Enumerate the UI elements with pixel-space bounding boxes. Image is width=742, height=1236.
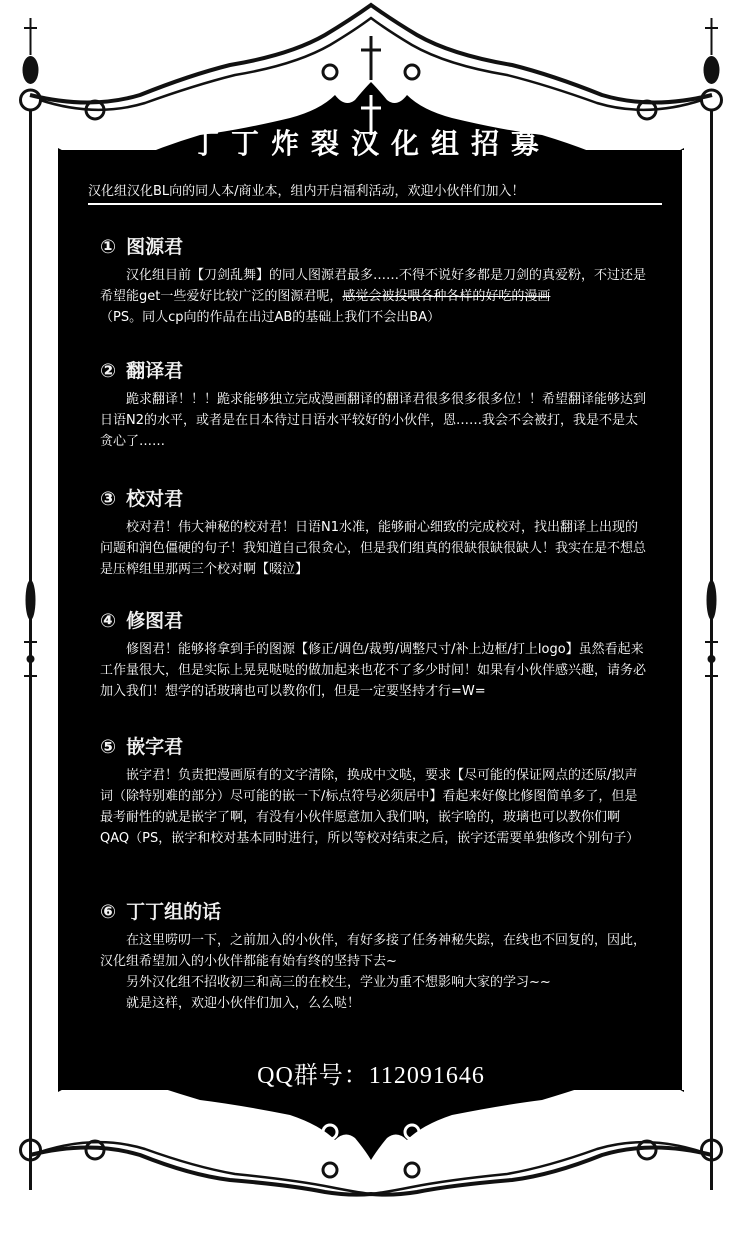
section-heading: ⑥丁丁组的话 bbox=[100, 897, 648, 924]
qq-number: 112091646 bbox=[369, 1063, 485, 1089]
section-heading: ④修图君 bbox=[100, 606, 648, 633]
section-heading: ①图源君 bbox=[100, 232, 648, 259]
qq-group-number: QQ群号：112091646 bbox=[0, 1055, 742, 1090]
section-translator: ②翻译君 跪求翻译！！！跪求能够独立完成漫画翻译的翻译君很多很多很多位！！希望翻… bbox=[100, 356, 648, 452]
section-heading: ③校对君 bbox=[100, 484, 648, 511]
section-typesetter: ⑤嵌字君 嵌字君！负责把漫画原有的文字清除，换成中文哒，要求【尽可能的保证网点的… bbox=[100, 732, 648, 849]
section-note: （PS。同人cp向的作品在出过AB的基础上我们不会出BA） bbox=[100, 307, 648, 328]
section-body: 在这里唠叨一下，之前加入的小伙伴，有好多接了任务神秘失踪，在线也不回复的，因此，… bbox=[100, 930, 648, 972]
section-proofreader: ③校对君 校对君！伟大神秘的校对君！日语N1水准，能够耐心细致的完成校对，找出翻… bbox=[100, 484, 648, 580]
qq-label: QQ群号： bbox=[257, 1063, 369, 1089]
page-title: 丁丁炸裂汉化组招募 bbox=[0, 122, 742, 162]
section-body: 就是这样，欢迎小伙伴们加入，么么哒！ bbox=[100, 993, 648, 1014]
section-body: 嵌字君！负责把漫画原有的文字清除，换成中文哒，要求【尽可能的保证网点的还原/拟声… bbox=[100, 765, 648, 849]
section-body: 校对君！伟大神秘的校对君！日语N1水准，能够耐心细致的完成校对，找出翻译上出现的… bbox=[100, 517, 648, 580]
section-heading: ⑤嵌字君 bbox=[100, 732, 648, 759]
section-body: 跪求翻译！！！跪求能够独立完成漫画翻译的翻译君很多很多很多位！！希望翻译能够达到… bbox=[100, 389, 648, 452]
section-body: 修图君！能够将拿到手的图源【修正/调色/裁剪/调整尺寸/补上边框/打上logo】… bbox=[100, 639, 648, 702]
section-body: 另外汉化组不招收初三和高三的在校生，学业为重不想影响大家的学习~~ bbox=[100, 972, 648, 993]
intro-text: 汉化组汉化BL向的同人本/商业本，组内开启福利活动，欢迎小伙伴们加入！ bbox=[88, 180, 662, 205]
section-group-message: ⑥丁丁组的话 在这里唠叨一下，之前加入的小伙伴，有好多接了任务神秘失踪，在线也不… bbox=[100, 897, 648, 1014]
section-body: 汉化组目前【刀剑乱舞】的同人图源君最多……不得不说好多都是刀剑的真爱粉，不过还是… bbox=[100, 265, 648, 307]
section-image-source: ①图源君 汉化组目前【刀剑乱舞】的同人图源君最多……不得不说好多都是刀剑的真爱粉… bbox=[100, 232, 648, 328]
section-heading: ②翻译君 bbox=[100, 356, 648, 383]
section-retoucher: ④修图君 修图君！能够将拿到手的图源【修正/调色/裁剪/调整尺寸/补上边框/打上… bbox=[100, 606, 648, 702]
